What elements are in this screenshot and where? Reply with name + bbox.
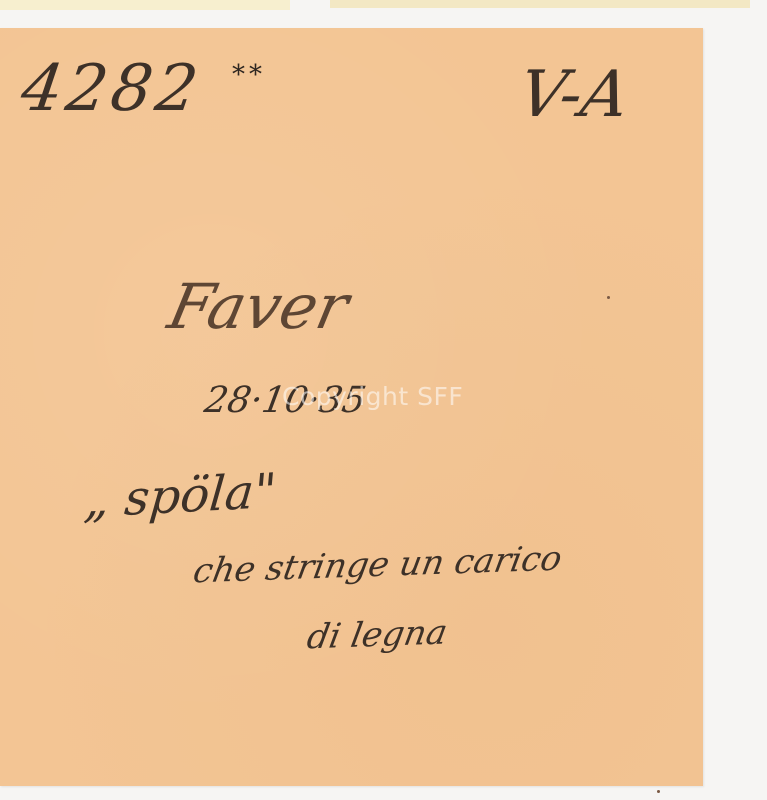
catalog-star-marks: ** xyxy=(232,60,266,90)
background-paper-strip xyxy=(0,0,290,10)
catalog-number: 4282 xyxy=(17,52,206,126)
entry-description-line-2: di legna xyxy=(304,613,450,658)
background-paper-strip xyxy=(330,0,750,8)
copyright-watermark: Copyright SFF xyxy=(282,382,463,411)
paper-speck xyxy=(607,296,610,299)
classification-code: V-A xyxy=(513,58,634,132)
paper-speck xyxy=(657,790,660,793)
entry-name: Faver xyxy=(162,270,355,343)
entry-term: „ spöla" xyxy=(82,463,279,529)
